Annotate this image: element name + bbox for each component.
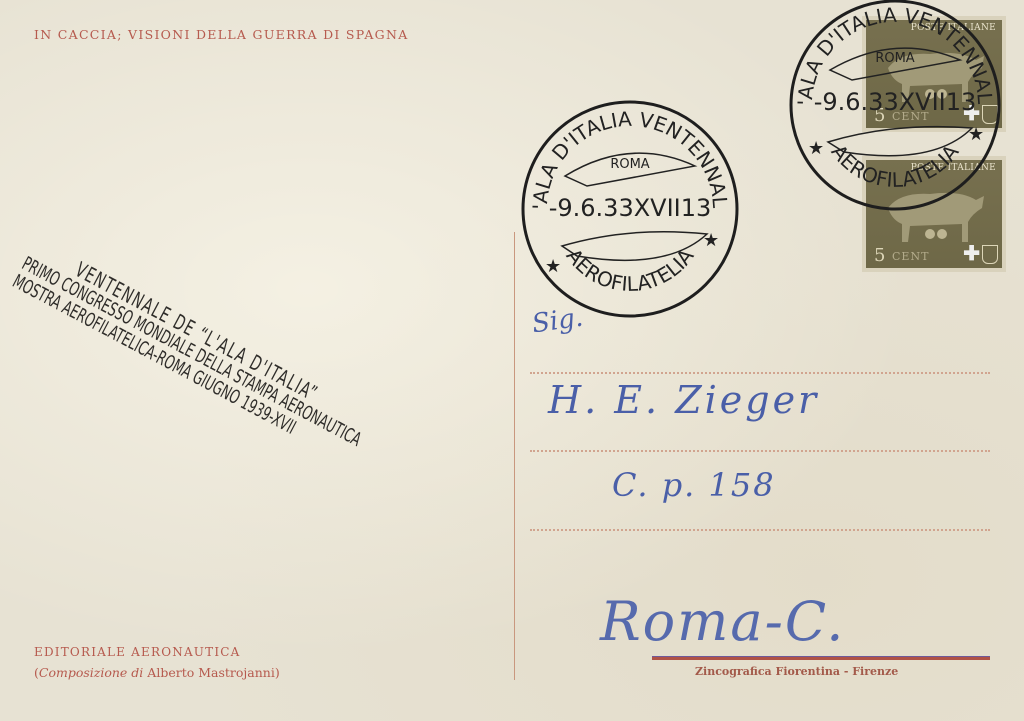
printer-credit: Zincografica Fiorentina - Firenze	[695, 665, 898, 678]
address-line	[530, 450, 990, 452]
postmark-bottom-text: AEROFILATELIA	[827, 140, 964, 192]
postal-box: C. p. 158	[612, 466, 776, 504]
cachet-line-1: VENTENNALE DE “L'ALA D'ITALIA”	[72, 258, 387, 439]
stamp-value: 5	[874, 245, 885, 266]
star-icon: ★	[968, 124, 984, 145]
star-icon: ★	[545, 256, 561, 277]
cachet-line-2: PRIMO CONGRESSO MONDIALE DELLA STAMPA AE…	[18, 254, 364, 450]
postcard: IN CACCIA; VISIONI DELLA GUERRA DI SPAGN…	[0, 0, 1024, 721]
composer-name: Alberto Mastrojanni)	[147, 665, 279, 680]
salutation: Sig.	[530, 303, 585, 340]
postmark-bottom-text: AEROFILATELIA	[562, 244, 699, 296]
address-line	[530, 529, 990, 531]
postmark: L'ALA D'ITALIA VENTENNALE ROMA -9.6.33XV…	[517, 96, 743, 326]
recipient-city: Roma-C.	[600, 590, 845, 653]
publisher: EDITORIALE AERONAUTICA	[34, 645, 241, 659]
postmark-date: -9.6.33XVII13	[549, 194, 712, 222]
stamp-unit: CENT	[892, 250, 929, 263]
postmark-city: ROMA	[610, 157, 649, 172]
cachet-line-3: MOSTRA AEROFILATELICA-ROMA GIUGNO 1939-X…	[9, 272, 355, 468]
address-line	[530, 372, 990, 374]
composition-credit: (Composizione di Alberto Mastrojanni)	[34, 665, 280, 680]
star-icon: ★	[703, 230, 719, 251]
composition-label: Composizione di	[39, 665, 143, 680]
center-divider	[514, 232, 515, 680]
savoy-cross-icon: ✚	[963, 241, 980, 265]
address-underline	[652, 656, 990, 660]
postmark-top-text: L'ALA D'ITALIA VENTENNALE	[517, 96, 732, 210]
postmark-date: -9.6.33XVII13	[814, 88, 977, 116]
recipient-name: H. E. Zieger	[548, 378, 819, 422]
series-title: IN CACCIA; VISIONI DELLA GUERRA DI SPAGN…	[34, 27, 409, 42]
star-icon: ★	[808, 138, 824, 159]
postmark-city: ROMA	[875, 51, 914, 66]
postmark: L'ALA D'ITALIA VENTENNALE ROMA -9.6.33XV…	[784, 0, 1006, 220]
commemorative-cachet: VENTENNALE DE “L'ALA D'ITALIA” PRIMO CON…	[9, 235, 505, 538]
shield-icon	[982, 245, 998, 264]
